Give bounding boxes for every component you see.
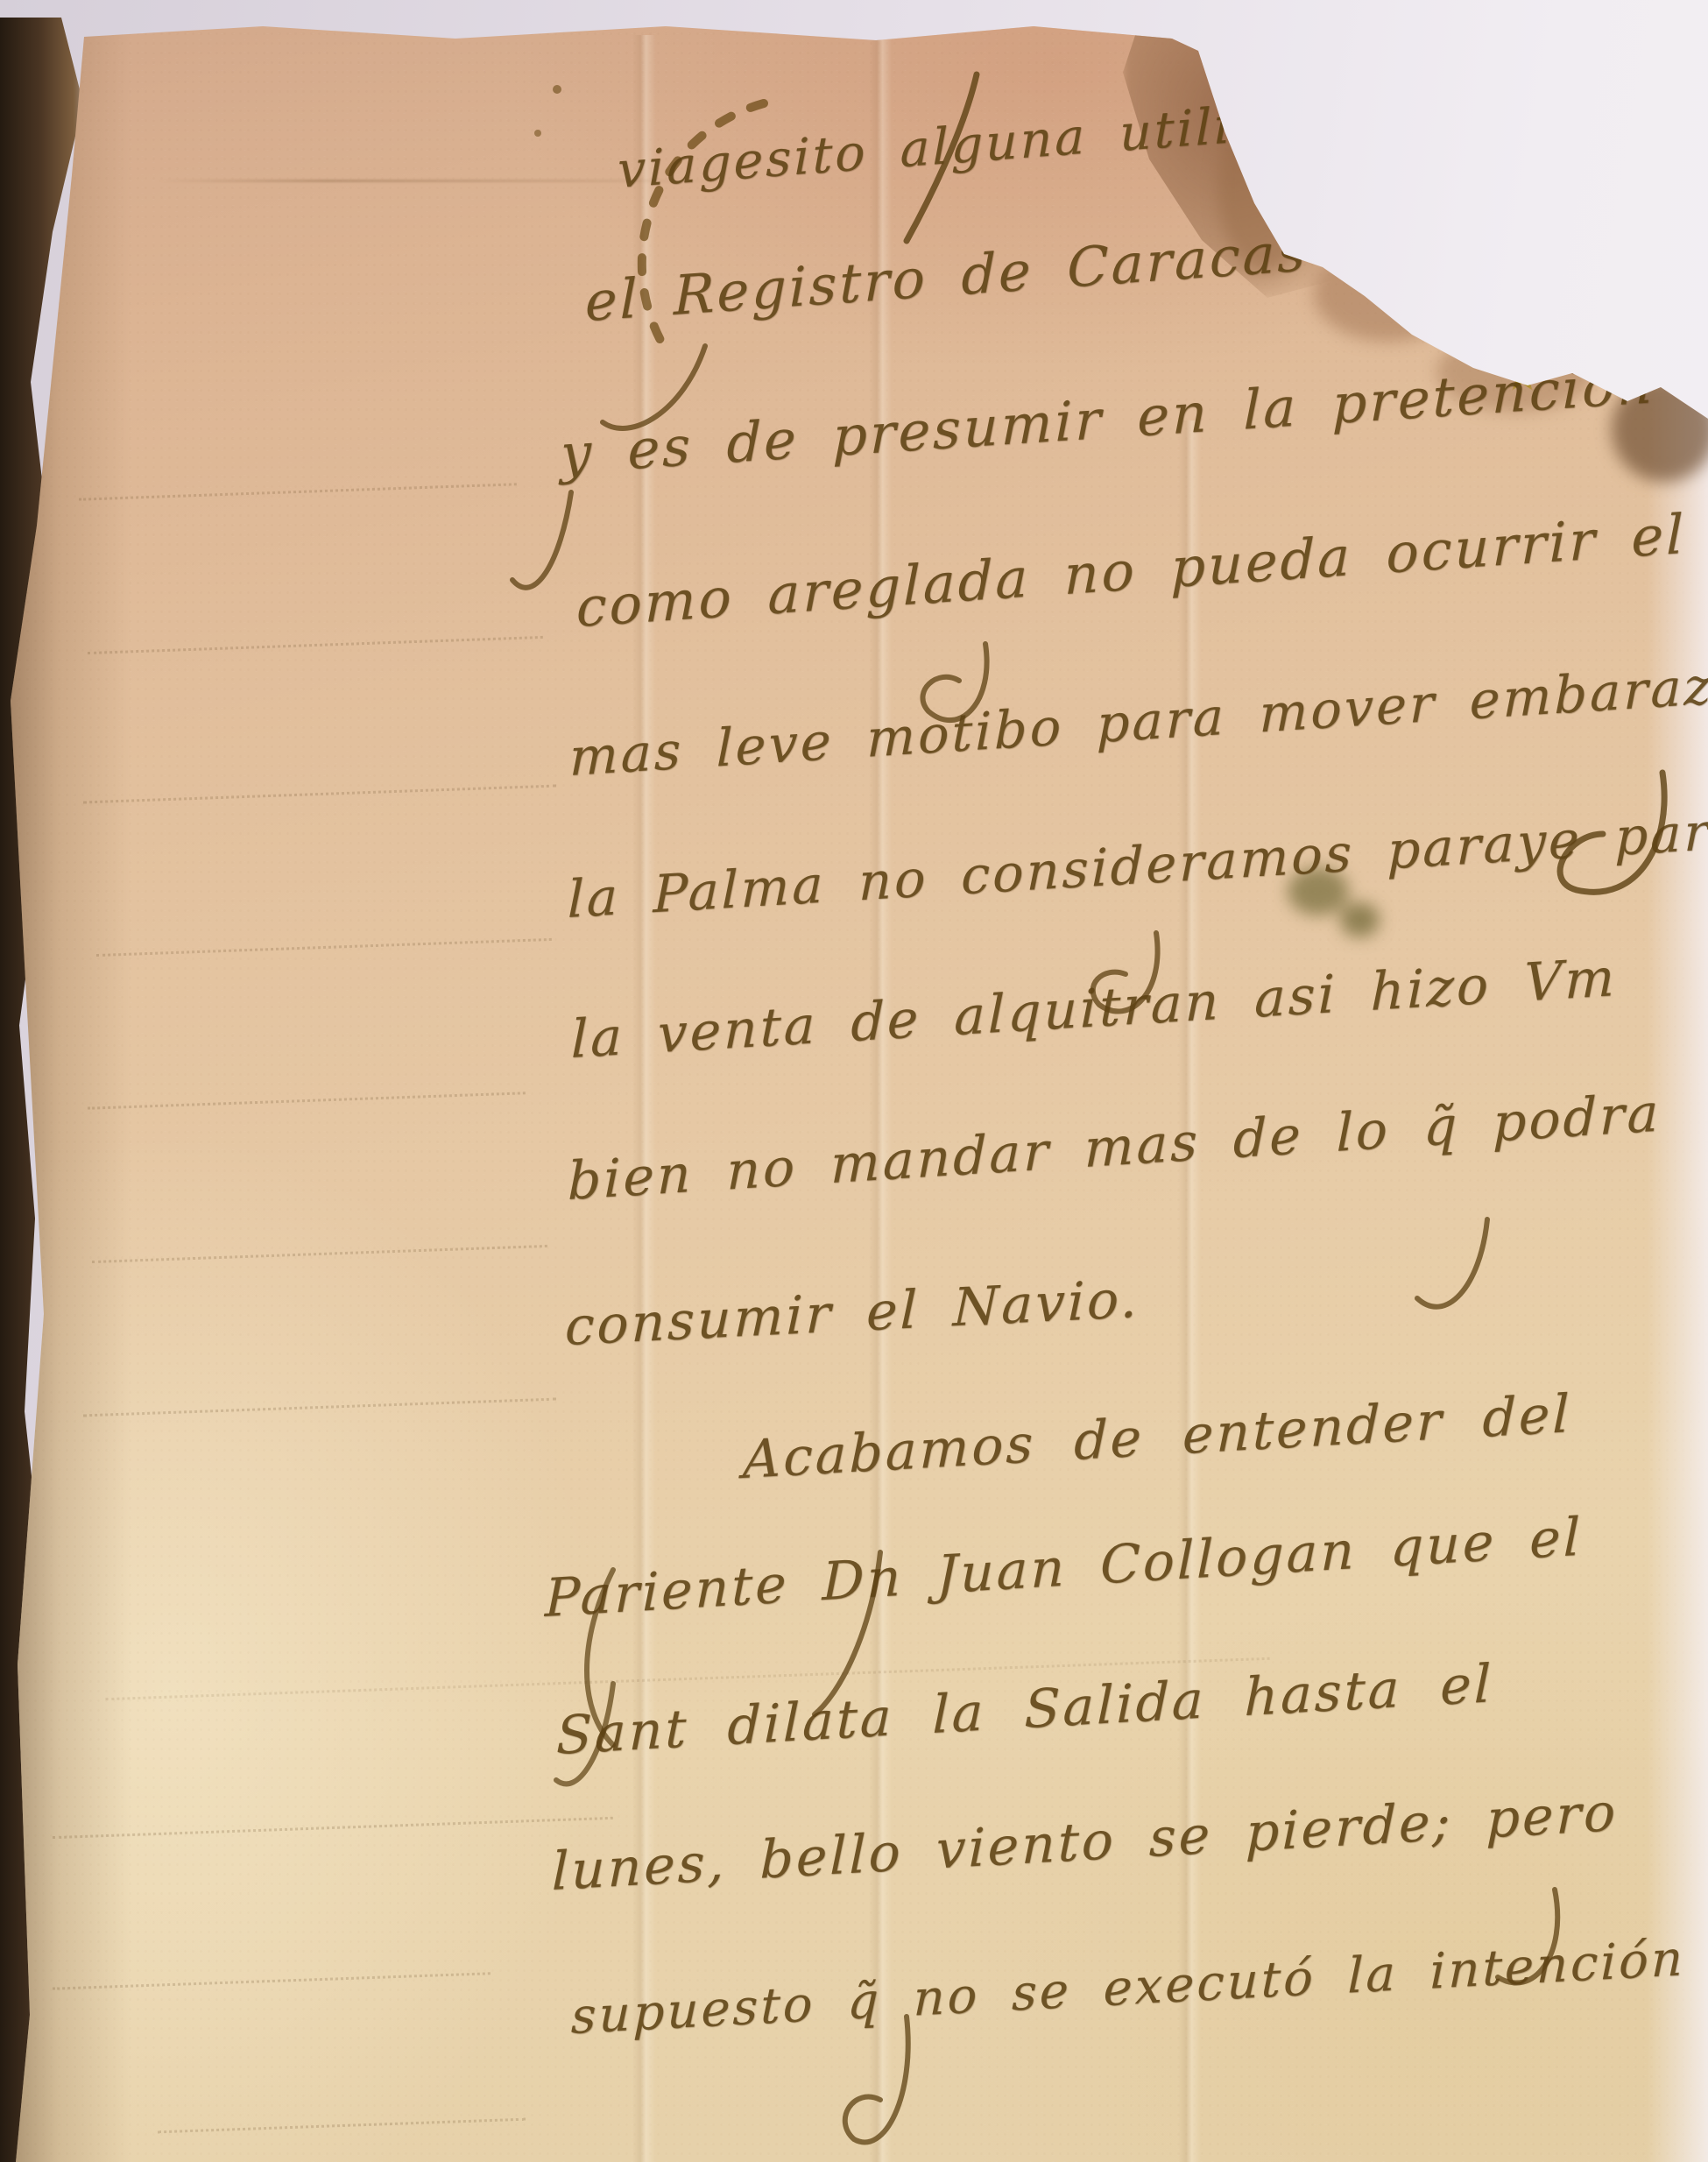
ink-dot bbox=[534, 130, 541, 137]
flourish-stroke bbox=[1417, 1219, 1487, 1307]
flourish-stroke bbox=[512, 492, 571, 588]
ink-dot bbox=[258, 14, 268, 25]
ink-dot bbox=[553, 85, 561, 94]
manuscript-photo: viagesito alguna utilidad el Registro de… bbox=[0, 0, 1708, 2162]
flourish-stroke bbox=[845, 2017, 908, 2142]
manuscript-page: viagesito alguna utilidad el Registro de… bbox=[0, 0, 1708, 2162]
